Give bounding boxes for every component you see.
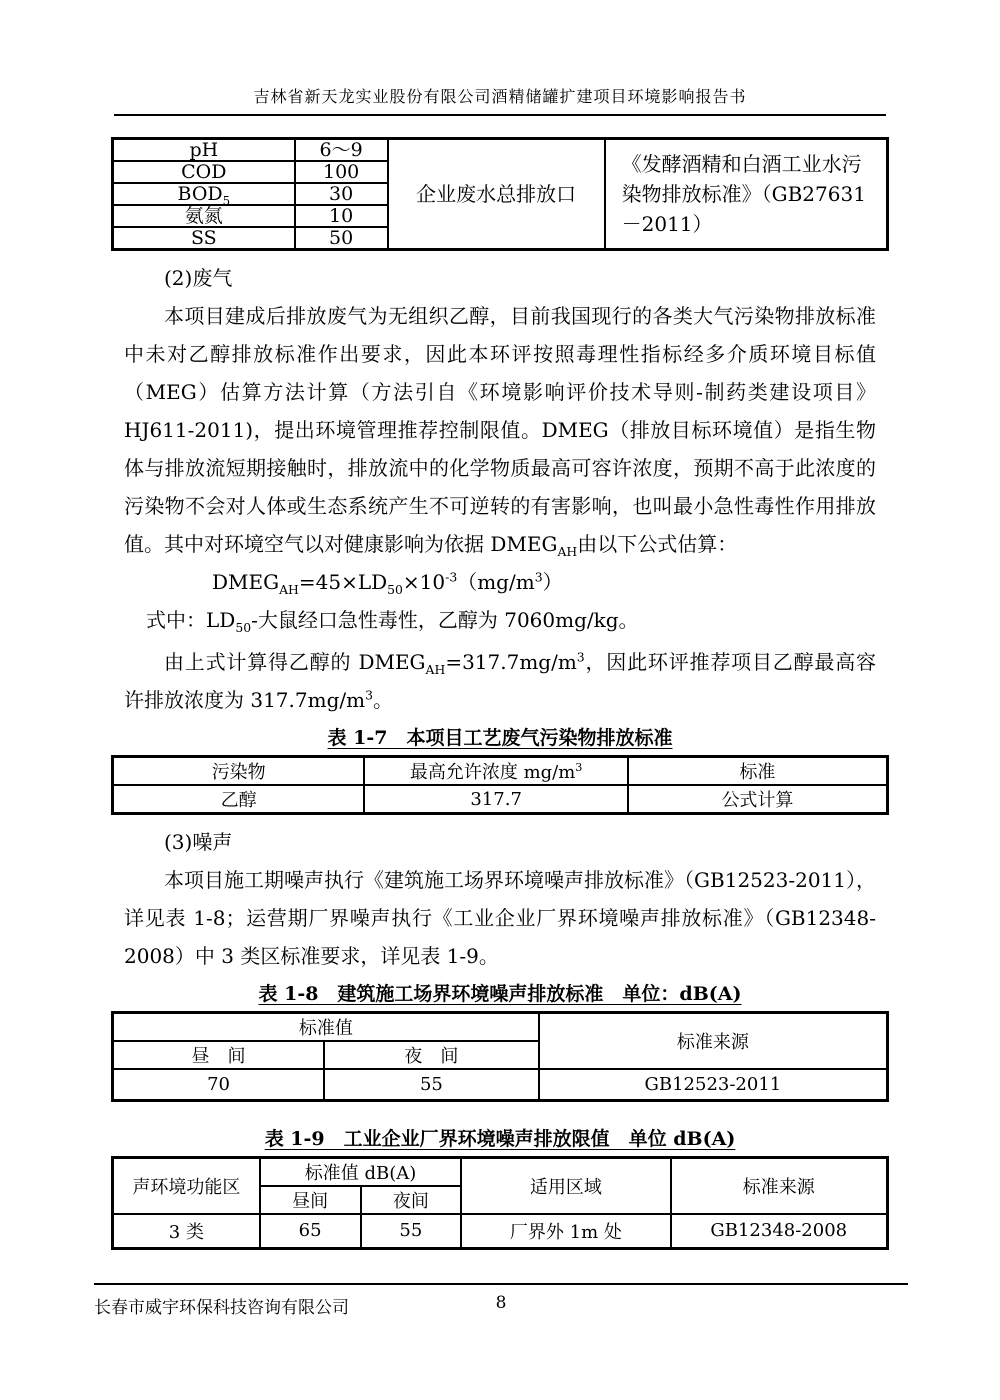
param-cell: BOD5 (113, 183, 295, 205)
header-cell-source: 标准来源 (539, 1013, 888, 1070)
limit-cell: 100 (295, 161, 388, 183)
document-page: 吉林省新天龙实业股份有限公司酒精储罐扩建项目环境影响报告书 pH 6～9 企业废… (0, 0, 1000, 1400)
day-value-cell: 65 (260, 1214, 361, 1249)
table-1-9-title: 表 1-9 工业企业厂界环境噪声排放限值 单位 dB(A) (111, 1126, 889, 1152)
table-header-row: 声环境功能区 标准值 dB(A) 适用区域 标准来源 (113, 1157, 888, 1186)
page-header: 吉林省新天龙实业股份有限公司酒精储罐扩建项目环境影响报告书 (114, 0, 886, 116)
table-1-7-title: 表 1-7 本项目工艺废气污染物排放标准 (111, 725, 889, 751)
section-heading-waste-gas: (2)废气 (124, 259, 876, 297)
header-cell-night: 夜 间 (324, 1041, 539, 1069)
table-header-row: 标准值 标准来源 (113, 1013, 888, 1042)
night-value-cell: 55 (361, 1214, 462, 1249)
night-value-cell: 55 (324, 1069, 539, 1100)
table-row: 乙醇 317.7 公式计算 (113, 785, 888, 814)
param-cell: COD (113, 161, 295, 183)
limit-cell: 50 (295, 227, 388, 250)
waste-gas-intro-paragraph: 本项目建成后排放废气为无组织乙醇，目前我国现行的各类大气污染物排放标准中未对乙醇… (124, 297, 876, 563)
table-1-9: 声环境功能区 标准值 dB(A) 适用区域 标准来源 昼间 夜间 3 类 65 … (111, 1156, 889, 1251)
header-cell-day: 昼 间 (113, 1041, 325, 1069)
footer-company: 长春市威宇环保科技咨询有限公司 (94, 1298, 349, 1318)
formula-note-paragraph: 式中：LD50-大鼠经口急性毒性，乙醇为 7060mg/kg。 (124, 601, 876, 639)
limit-cell: 10 (295, 205, 388, 227)
outlet-cell: 企业废水总排放口 (388, 139, 605, 250)
page-footer: 长春市威宇环保科技咨询有限公司 8 (94, 1283, 908, 1318)
day-value-cell: 70 (113, 1069, 325, 1100)
header-cell-max-concentration: 最高允许浓度 mg/m3 (364, 757, 628, 786)
waste-gas-conclusion-paragraph: 由上式计算得乙醇的 DMEGAH=317.7mg/m3，因此环评推荐项目乙醇最高… (124, 643, 876, 719)
limit-cell: 6～9 (295, 139, 388, 162)
table-1-7: 污染物 最高允许浓度 mg/m3 标准 乙醇 317.7 公式计算 (111, 755, 889, 815)
standard-cell: 《发酵酒精和白酒工业水污染物排放标准》（GB27631－2011） (605, 139, 888, 250)
header-cell-zone: 声环境功能区 (113, 1157, 260, 1214)
noise-paragraph: 本项目施工期噪声执行《建筑施工场界环境噪声排放标准》（GB12523-2011）… (124, 861, 876, 975)
pollutant-cell: 乙醇 (113, 785, 365, 814)
param-cell: 氨氮 (113, 205, 295, 227)
param-cell: SS (113, 227, 295, 250)
table-1-8: 标准值 标准来源 昼 间 夜 间 70 55 GB12523-2011 (111, 1011, 889, 1102)
header-cell-standard-value: 标准值 dB(A) (260, 1157, 462, 1186)
table-header-row: 污染物 最高允许浓度 mg/m3 标准 (113, 757, 888, 786)
page-number: 8 (496, 1293, 507, 1313)
header-cell-pollutant: 污染物 (113, 757, 365, 786)
page-content: pH 6～9 企业废水总排放口 《发酵酒精和白酒工业水污染物排放标准》（GB27… (111, 137, 889, 1250)
section-heading-noise: (3)噪声 (124, 823, 876, 861)
report-header-title: 吉林省新天龙实业股份有限公司酒精储罐扩建项目环境影响报告书 (114, 84, 886, 116)
header-cell-day: 昼间 (260, 1186, 361, 1214)
wastewater-standards-table: pH 6～9 企业废水总排放口 《发酵酒精和白酒工业水污染物排放标准》（GB27… (111, 137, 889, 251)
header-cell-source: 标准来源 (671, 1157, 888, 1214)
standard-cell: 公式计算 (628, 785, 888, 814)
header-cell-standard-value: 标准值 (113, 1013, 539, 1042)
zone-cell: 3 类 (113, 1214, 260, 1249)
table-row: 3 类 65 55 厂界外 1m 处 GB12348-2008 (113, 1214, 888, 1249)
param-cell: pH (113, 139, 295, 162)
table-1-8-title: 表 1-8 建筑施工场界环境噪声排放标准 单位：dB(A) (111, 981, 889, 1007)
header-cell-area: 适用区域 (461, 1157, 670, 1214)
source-cell: GB12348-2008 (671, 1214, 888, 1249)
concentration-cell: 317.7 (364, 785, 628, 814)
source-cell: GB12523-2011 (539, 1069, 888, 1100)
table-row: pH 6～9 企业废水总排放口 《发酵酒精和白酒工业水污染物排放标准》（GB27… (113, 139, 888, 162)
limit-cell: 30 (295, 183, 388, 205)
header-cell-standard: 标准 (628, 757, 888, 786)
dmeg-formula: DMEGAH=45×LD50×10-3（mg/m3） (124, 563, 876, 601)
table-row: 70 55 GB12523-2011 (113, 1069, 888, 1100)
header-cell-night: 夜间 (361, 1186, 462, 1214)
area-cell: 厂界外 1m 处 (461, 1214, 670, 1249)
